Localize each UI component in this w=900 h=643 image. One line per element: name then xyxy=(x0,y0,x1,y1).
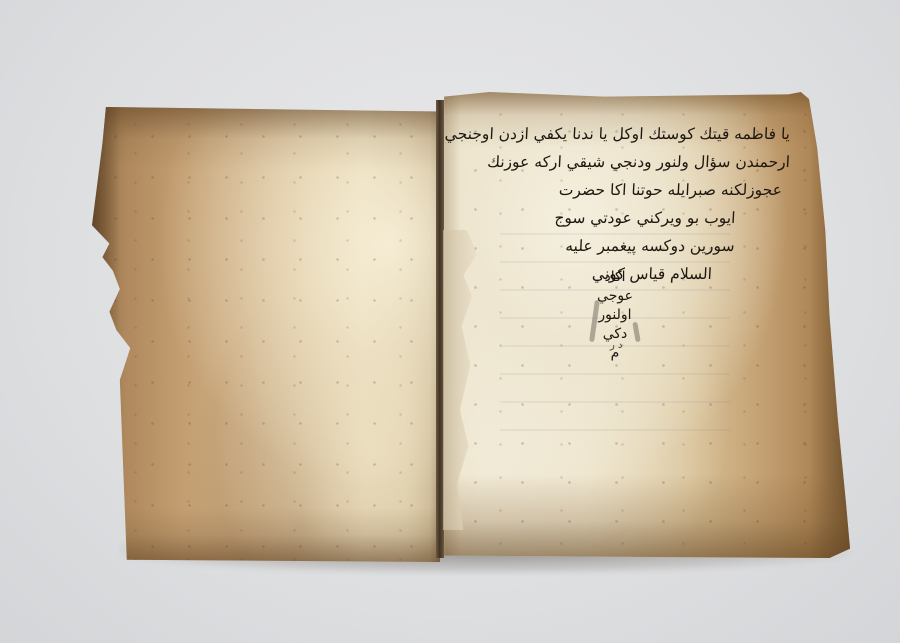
photo-scene: يا فاطمه قيتك كوستك اوكل يا ندنا يكفي از… xyxy=(0,0,900,643)
manuscript-line: سورين دوکسه پيغمبر عليه xyxy=(479,232,790,260)
footer-mark: د ر xyxy=(610,340,622,351)
manuscript-line: يا فاطمه قيتك كوستك اوكل يا ندنا يكفي از… xyxy=(479,120,790,148)
manuscript-line: ارحمندن سؤال ولنور ودنجي شيقي ارکه عوزنك xyxy=(479,148,790,176)
book-spine-gutter xyxy=(436,100,444,558)
manuscript-line: ايوب بو ويرکني عودتي سوج xyxy=(479,204,790,232)
manuscript-line: عجوزلکنه صبرايله حوتنا اکا حضرت xyxy=(479,176,790,204)
manuscript-text-block: يا فاطمه قيتك كوستك اوكل يا ندنا يكفي از… xyxy=(480,120,790,288)
left-page-blank xyxy=(92,107,440,562)
